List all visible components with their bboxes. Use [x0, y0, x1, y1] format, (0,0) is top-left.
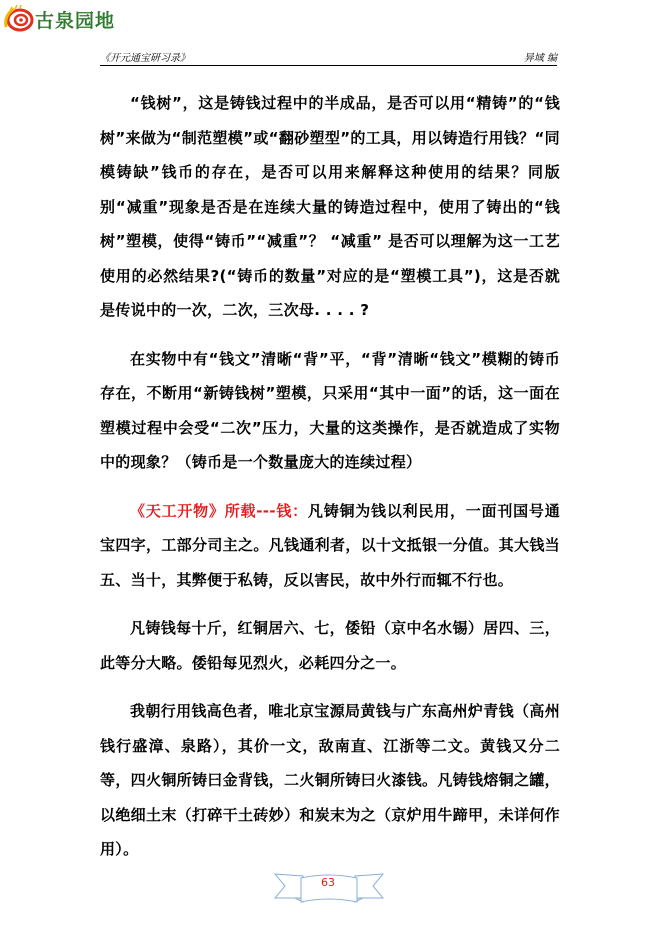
logo-text: 古泉园地: [35, 6, 115, 33]
paragraph-4: 凡铸钱每十斤，红铜居六、七，倭铅（京中名水锡）居四、三，此等分大略。倭铅每见烈火…: [100, 611, 560, 680]
quote-source-red: 《天工开物》所载---钱：: [130, 502, 308, 520]
paragraph-1: “钱树”，这是铸钱过程中的半成品，是否可以用“精铸”的“钱树”来做为“制范塑模”…: [100, 86, 560, 328]
paragraph-3: 《天工开物》所载---钱：凡铸铜为钱以利民用，一面刊国号通宝四字，工部分司主之。…: [100, 494, 560, 598]
page-number: 63: [302, 876, 354, 889]
book-title: 《开元通宝研习录》: [100, 49, 190, 64]
page-header: 《开元通宝研习录》 异域 编: [100, 48, 557, 66]
paragraph-5: 我朝行用钱高色者，唯北京宝源局黄钱与广东高州炉青钱（高州钱行盛漳、泉路），其价一…: [100, 694, 560, 867]
paragraph-2: 在实物中有“钱文”清晰“背”平，“背”清晰“钱文”模糊的铸币存在，不断用“新铸钱…: [100, 342, 560, 480]
spiral-coin-logo-icon: [2, 5, 34, 33]
site-logo: 古泉园地: [2, 4, 115, 34]
document-body: “钱树”，这是铸钱过程中的半成品，是否可以用“精铸”的“钱树”来做为“制范塑模”…: [100, 86, 560, 867]
author: 异域 编: [524, 49, 557, 64]
